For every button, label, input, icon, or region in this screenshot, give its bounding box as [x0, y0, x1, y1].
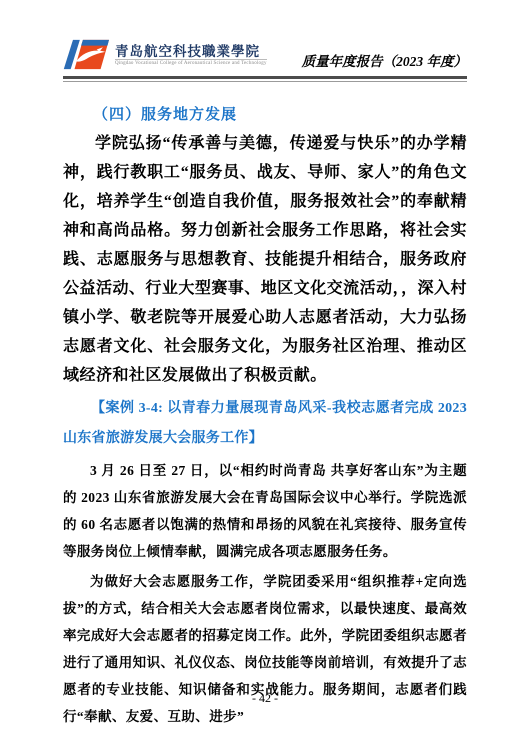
college-name: 青岛航空科技職業學院 [115, 44, 267, 59]
document-page: 青岛航空科技職業學院 Qingdao Vocational College of… [0, 0, 530, 750]
page-footer: - 42 - [0, 691, 530, 706]
section-heading: （四）服务地方发展 [63, 103, 467, 124]
page-header: 青岛航空科技職業學院 Qingdao Vocational College of… [63, 38, 467, 71]
paragraph-event: 3 月 26 日至 27 日，以“相约时尚青岛 共享好客山东”为主题的 2023… [63, 457, 467, 565]
case-study-title: 【案例 3-4: 以青春力量展现青岛风采-我校志愿者完成 2023 山东省旅游发… [63, 394, 467, 454]
paragraph-intro: 学院弘扬“传承善与美德，传递爱与快乐”的办学精神，践行教职工“服务员、战友、导师… [63, 129, 467, 390]
college-subtitle: Qingdao Vocational College of Aeronautic… [115, 59, 267, 66]
college-identity: 青岛航空科技職業學院 Qingdao Vocational College of… [115, 44, 267, 66]
page-body: （四）服务地方发展 学院弘扬“传承善与美德，传递爱与快乐”的办学精神，践行教职工… [63, 103, 467, 730]
report-title: 质量年度报告（2023 年度） [302, 50, 467, 71]
header-rule [63, 76, 467, 82]
college-logo-icon [63, 38, 109, 71]
header-left: 青岛航空科技職業學院 Qingdao Vocational College of… [63, 38, 267, 71]
page-number: - 42 - [252, 691, 278, 705]
